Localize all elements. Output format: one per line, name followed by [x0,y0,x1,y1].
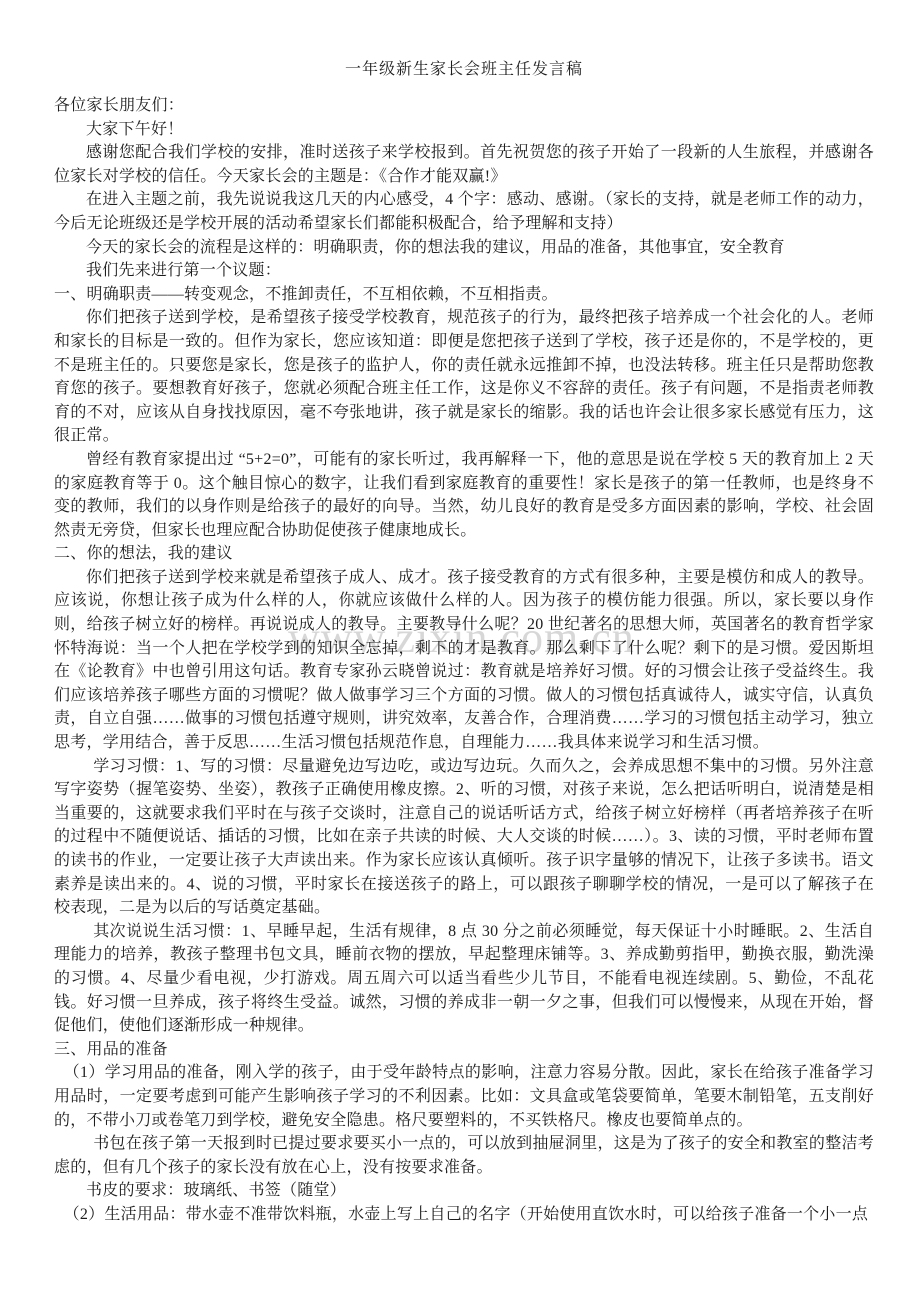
paragraph: 你们把孩子送到学校来就是希望孩子成人、成才。孩子接受教育的方式有很多种，主要是模… [54,566,874,755]
paragraph: 在进入主题之前，我先说说我这几天的内心感受，4 个字：感动、感谢。（家长的支持，… [54,188,874,235]
document-body: 一年级新生家长会班主任发言稿 各位家长朋友们：大家下午好！感谢您配合我们学校的安… [0,0,920,1227]
paragraph: 学习习惯：1、写的习惯：尽量避免边写边吃，或边写边玩。久而久之，会养成思想不集中… [54,755,874,920]
paragraph: （2）生活用品：带水壶不准带饮料瓶，水壶上写上自己的名字（开始使用直饮水时，可以… [54,1203,874,1227]
paragraph: 感谢您配合我们学校的安排，准时送孩子来学校报到。首先祝贺您的孩子开始了一段新的人… [54,141,874,188]
paragraphs: 各位家长朋友们：大家下午好！感谢您配合我们学校的安排，准时送孩子来学校报到。首先… [54,94,874,1227]
paragraph: 你们把孩子送到学校，是希望孩子接受学校教育，规范孩子的行为，最终把孩子培养成一个… [54,306,874,448]
paragraph: 大家下午好！ [54,118,874,142]
document-page: www.zixin.com.cn 一年级新生家长会班主任发言稿 各位家长朋友们：… [0,0,920,1302]
paragraph: 今天的家长会的流程是这样的：明确职责，你的想法我的建议，用品的准备，其他事宜，安… [54,236,874,260]
paragraph: 书包在孩子第一天报到时已提过要求要买小一点的，可以放到抽屉洞里，这是为了孩子的安… [54,1132,874,1179]
paragraph: 各位家长朋友们： [54,94,874,118]
paragraph: （1）学习用品的准备，刚入学的孩子，由于受年龄特点的影响，注意力容易分散。因此，… [54,1061,874,1132]
paragraph: 二、你的想法，我的建议 [54,542,874,566]
paragraph: 书皮的要求：玻璃纸、书签（随堂） [54,1179,874,1203]
paragraph: 曾经有教育家提出过 “5+2=0”，可能有的家长听过，我再解释一下，他的意思是说… [54,448,874,542]
document-title: 一年级新生家长会班主任发言稿 [54,60,874,80]
paragraph: 我们先来进行第一个议题： [54,259,874,283]
paragraph: 三、用品的准备 [54,1038,874,1062]
paragraph: 一、明确职责——转变观念，不推卸责任，不互相依赖，不互相指责。 [54,283,874,307]
paragraph: 其次说说生活习惯：1、早睡早起，生活有规律，8 点 30 分之前必须睡觉，每天保… [54,920,874,1038]
